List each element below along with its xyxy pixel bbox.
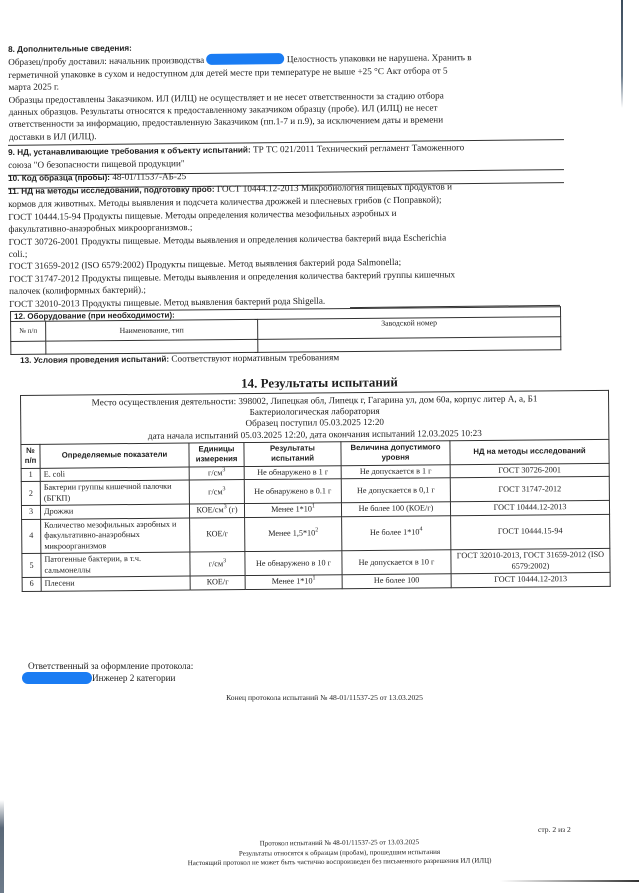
footer: Протокол испытаний № 48-01/11537-25 от 1…: [0, 836, 639, 870]
row-num: 4: [22, 519, 41, 554]
redacted-name: [206, 54, 284, 66]
row-limit-limit: Не допускается в 10 г: [359, 557, 435, 567]
col-serial-header: Заводской номер: [258, 317, 561, 340]
row-num: 6: [22, 578, 41, 592]
row-result: Не обнаружено в 1 г: [244, 466, 341, 480]
section8-line1-pre: Образец/пробу доставил: начальник произв…: [8, 55, 204, 67]
header-limit: Величина допустимого уровня: [341, 441, 450, 466]
row-indicator-indicator: E. coli: [44, 469, 65, 478]
end-of-protocol-note: Конец протокола испытаний № 48-01/11537-…: [0, 693, 639, 702]
row-method: ГОСТ 30726-2001: [450, 463, 609, 478]
results-table: № п/п Определяемые показатели Единицы из…: [20, 439, 610, 592]
row-num: 3: [21, 506, 40, 520]
row-indicator: Дрожжи: [40, 504, 189, 519]
section9-label: 9. НД, устанавливающие требования к объе…: [8, 145, 251, 157]
row-method: ГОСТ 10444.12-2013: [451, 573, 610, 588]
row-unit: г/см3: [190, 552, 245, 576]
row-result: Не обнаружено в 10 г: [245, 551, 342, 576]
section13-label: 13. Условия проведения испытаний:: [20, 355, 169, 365]
row-indicator-indicator: Плесени: [45, 579, 75, 588]
row-method-method: ГОСТ 10444.12-2013: [494, 503, 567, 513]
row-result-result: Менее 1,5*10: [268, 529, 315, 538]
row-method: ГОСТ 31747-2012: [450, 477, 609, 502]
section-equipment: 12. Оборудование (при необходимости): № …: [10, 306, 560, 355]
row-result-result: Не обнаружено в 1 г: [257, 467, 328, 477]
results-header: Место осуществления деятельности: 398002…: [20, 390, 609, 444]
row-result-result: Менее 1*10: [272, 577, 313, 586]
row-result-result: Не обнаружено в 10 г: [256, 558, 331, 568]
equipment-cell: [11, 341, 46, 354]
header-method: НД на методы исследований: [450, 439, 609, 464]
row-unit: КОЕ/г: [190, 517, 245, 552]
row-indicator: Патогенные бактерии, в т.ч. сальмонеллы: [41, 552, 190, 577]
section8-line1-post: Целостность упаковки не нарушена. Хранит…: [287, 53, 472, 65]
page-number: стр. 2 из 2: [538, 825, 571, 834]
row-unit-unit: КОЕ/г: [207, 577, 229, 586]
row-indicator-indicator: Дрожжи: [44, 507, 73, 516]
row-num-num: 3: [29, 507, 33, 516]
row-unit-unit-sup: 3: [223, 558, 226, 564]
row-unit-unit-sup: 3: [223, 486, 226, 492]
row-limit: Не допускается в 1 г: [341, 465, 450, 479]
method-line: ГОСТ 10444.12-2013 Микробиология пищевых…: [217, 181, 452, 193]
results-section: Место осуществления деятельности: 398002…: [20, 390, 611, 592]
row-unit-unit-post: (г): [227, 505, 238, 514]
signer-label: Ответственный за оформление протокола:: [28, 660, 193, 672]
row-limit-limit: Не более 100: [374, 576, 420, 585]
row-num-num: 5: [29, 560, 33, 569]
row-limit-limit: Не более 100 (КОЕ/г): [359, 504, 434, 514]
equipment-table: 12. Оборудование (при необходимости): № …: [10, 306, 561, 355]
row-result-result: Менее 1*10: [271, 505, 312, 514]
row-result-result-sup: 1: [312, 504, 315, 510]
scan-edge-right: [621, 0, 623, 108]
redacted-signer-name: [22, 672, 92, 684]
row-method-method: ГОСТ 30726-2001: [498, 465, 561, 475]
col-name-header: Наименование, тип: [46, 319, 258, 341]
row-indicator-indicator: Количество мезофильных аэробных и факуль…: [44, 519, 176, 550]
row-limit: Не более 1*104: [342, 516, 451, 551]
row-method: ГОСТ 10444.15-94: [451, 514, 610, 550]
sample-code: 48-01/11537-АБ-25: [112, 171, 186, 182]
row-unit-unit: г/см: [208, 487, 223, 496]
section11-label: 11. НД на методы исследований, подготовк…: [8, 185, 215, 196]
row-limit-limit: Не допускается в 1 г: [360, 466, 432, 476]
row-indicator: Бактерии группы кишечной палочки (БГКП): [40, 480, 189, 505]
row-method: ГОСТ 32010-2013, ГОСТ 31659-2012 (ISO 65…: [451, 549, 610, 574]
row-result: Менее 1,5*102: [245, 517, 342, 552]
row-method-method: ГОСТ 10444.15-94: [498, 527, 563, 537]
row-result-result-sup: 1: [313, 576, 316, 582]
row-limit-limit-sup: 4: [419, 527, 422, 533]
row-unit: г/см3: [189, 466, 244, 480]
row-result: Не обнаружено в 0.1 г: [244, 479, 341, 504]
header-units: Единицы измерения: [189, 442, 244, 466]
row-unit-unit-sup: 3: [222, 467, 225, 473]
row-limit: Не допускается в 10 г: [342, 550, 451, 575]
row-unit-unit: г/см: [209, 559, 224, 568]
row-limit: Не более 100: [342, 574, 451, 588]
row-num-num: 2: [29, 488, 33, 497]
row-indicator-indicator: Бактерии группы кишечной палочки (БГКП): [44, 482, 172, 503]
row-indicator-indicator: Патогенные бактерии, в т.ч. сальмонеллы: [44, 554, 141, 574]
row-method-method: ГОСТ 32010-2013, ГОСТ 31659-2012 (ISO 65…: [457, 550, 604, 570]
row-result: Менее 1*101: [245, 575, 342, 589]
signer-position: Инженер 2 категории: [92, 673, 175, 683]
row-unit-unit: г/см: [208, 468, 223, 477]
row-num-num: 1: [29, 470, 33, 479]
row-method-method: ГОСТ 10444.12-2013: [494, 575, 567, 585]
section9-value-line1: ТР ТС 021/2011 Технический регламент Там…: [253, 142, 464, 154]
row-num: 1: [21, 468, 40, 482]
row-num-num: 6: [30, 579, 34, 588]
section-methods: 11. НД на методы исследований, подготовк…: [8, 179, 564, 310]
row-result: Менее 1*101: [244, 503, 341, 517]
section-additional-info: 8. Дополнительные сведения: Образец/проб…: [8, 38, 564, 143]
section10-label: 10. Код образца (пробы):: [8, 173, 110, 183]
header-indicator: Определяемые показатели: [40, 443, 189, 468]
row-indicator: E. coli: [40, 467, 189, 482]
row-unit: КОЕ/г: [190, 576, 245, 590]
row-num-num: 4: [29, 531, 33, 540]
row-limit: Не более 100 (КОЕ/г): [341, 502, 450, 516]
row-limit-limit: Не более 1*10: [370, 528, 420, 537]
row-unit-unit: КОЕ/г: [206, 530, 228, 539]
row-result-result-sup: 2: [315, 528, 318, 534]
row-method-method: ГОСТ 31747-2012: [498, 484, 561, 494]
row-limit-limit: Не допускается в 0,1 г: [357, 485, 435, 495]
conditions-value: Соответствуют нормативным требованиям: [171, 352, 339, 363]
results-row: 4Количество мезофильных аэробных и факул…: [22, 514, 610, 554]
row-indicator: Плесени: [41, 576, 190, 591]
row-num: 2: [21, 482, 40, 506]
row-unit-unit: КОЕ/см: [196, 506, 223, 515]
row-unit: КОЕ/см3 (г): [189, 504, 244, 518]
row-indicator: Количество мезофильных аэробных и факуль…: [41, 518, 190, 554]
header-num: № п/п: [21, 444, 40, 468]
row-result-result: Не обнаружено в 0.1 г: [254, 486, 331, 496]
scan-artifact-line: [500, 880, 639, 882]
row-limit: Не допускается в 0,1 г: [341, 478, 450, 503]
col-num-header: № п/п: [11, 321, 46, 341]
row-method: ГОСТ 10444.12-2013: [450, 501, 609, 516]
signer-block: Ответственный за оформление протокола: И…: [28, 660, 193, 684]
row-unit: г/см3: [189, 480, 244, 504]
header-result: Результаты испытаний: [244, 442, 341, 467]
row-num: 5: [22, 554, 41, 578]
